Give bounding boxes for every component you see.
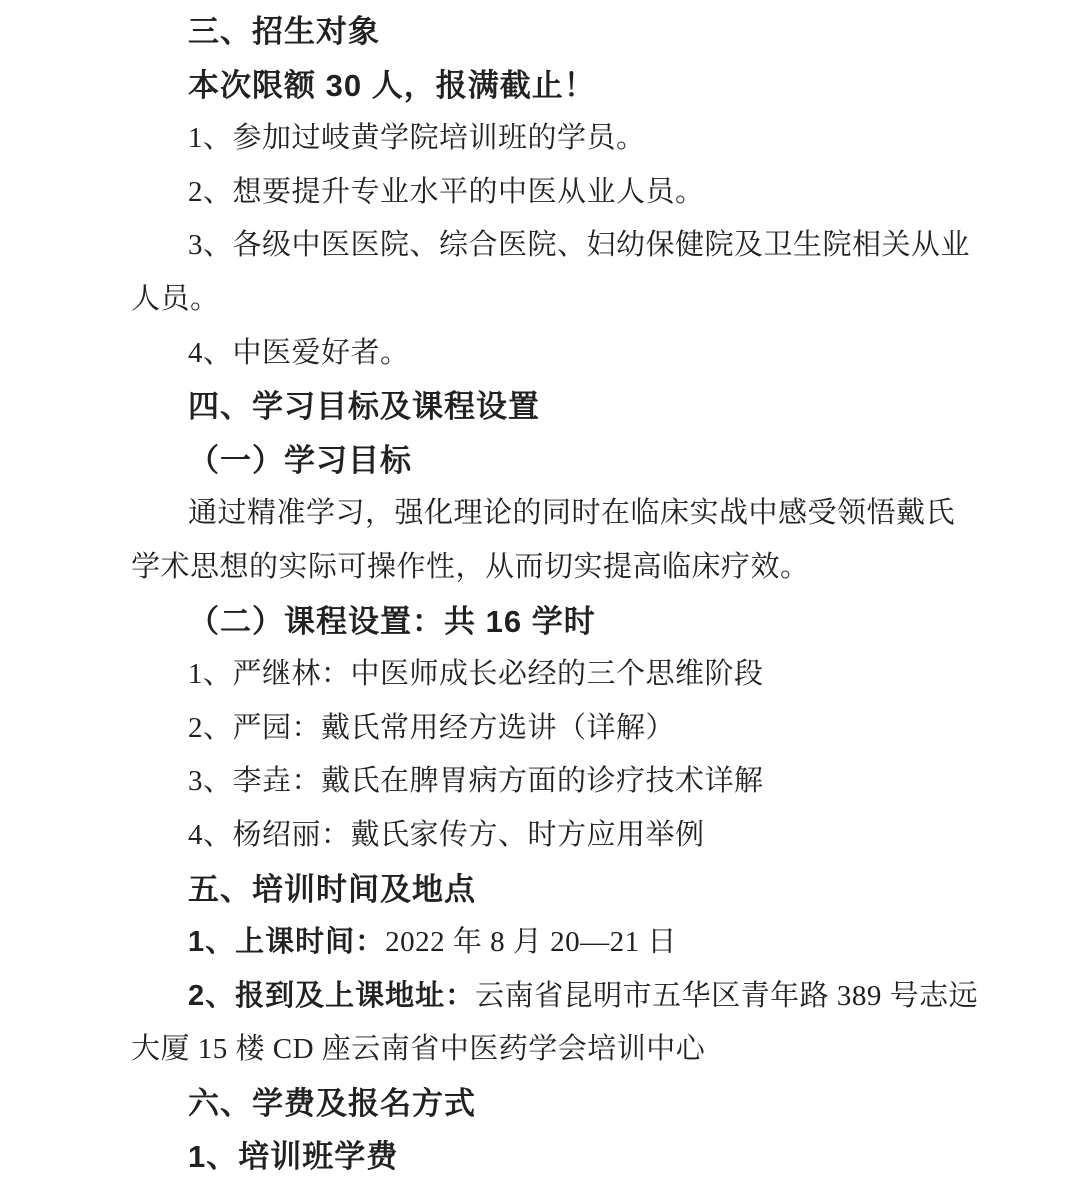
bold-text-segment: 六、学费及报名方式 — [188, 1086, 476, 1121]
bold-text-segment: 2、报到及上课地址： — [188, 980, 475, 1012]
address-line-1: 2、报到及上课地址：云南省昆明市五华区青年路 389 号志远 — [131, 970, 980, 1024]
heading-section-4-goals-courses: 四、学习目标及课程设置 — [131, 380, 980, 434]
text-segment: 3、李垚：戴氏在脾胃病方面的诊疗技术详解 — [188, 765, 764, 797]
text-segment: 大厦 15 楼 CD 座云南省中医药学会培训中心 — [131, 1033, 705, 1065]
bold-text-segment: 本次限额 30 人，报满截止！ — [188, 68, 596, 103]
text-segment: 3、各级中医医院、综合医院、妇幼保健院及卫生院相关从业 — [188, 229, 970, 261]
text-segment: 通过精准学习，强化理论的同时在临床实战中感受领悟戴氏 — [188, 497, 955, 529]
bold-text-segment: 1、培训班学费 — [188, 1139, 398, 1174]
bold-text-segment: （一）学习目标 — [188, 443, 412, 478]
bold-text-segment: （二）课程设置：共 16 学时 — [188, 604, 596, 639]
text-segment: 学术思想的实际可操作性，从而切实提高临床疗效。 — [131, 551, 810, 583]
heading-section-6-fee-registration: 六、学费及报名方式 — [131, 1077, 980, 1131]
address-line-2: 大厦 15 楼 CD 座云南省中医药学会培训中心 — [131, 1023, 980, 1077]
enroll-item-3-line-1: 3、各级中医医院、综合医院、妇幼保健院及卫生院相关从业 — [131, 219, 980, 273]
bold-text-segment: 1、上课时间： — [188, 926, 385, 958]
subheading-learning-goal: （一）学习目标 — [131, 434, 980, 488]
text-segment: 4、中医爱好者。 — [188, 337, 410, 369]
course-item-1: 1、严继林：中医师成长必经的三个思维阶段 — [131, 648, 980, 702]
document-page: 三、招生对象本次限额 30 人，报满截止！1、参加过岐黄学院培训班的学员。2、想… — [0, 0, 1080, 1184]
subheading-course-setup: （二）课程设置：共 16 学时 — [131, 595, 980, 649]
heading-section-5-time-place: 五、培训时间及地点 — [131, 863, 980, 917]
text-segment: 2、想要提升专业水平的中医从业人员。 — [188, 176, 705, 208]
document-body: 三、招生对象本次限额 30 人，报满截止！1、参加过岐黄学院培训班的学员。2、想… — [131, 5, 980, 1184]
course-item-2: 2、严园：戴氏常用经方选讲（详解） — [131, 702, 980, 756]
course-item-3: 3、李垚：戴氏在脾胃病方面的诊疗技术详解 — [131, 755, 980, 809]
enroll-item-2: 2、想要提升专业水平的中医从业人员。 — [131, 166, 980, 220]
text-segment: 4、杨绍丽：戴氏家传方、时方应用举例 — [188, 819, 705, 851]
quota-notice: 本次限额 30 人，报满截止！ — [131, 59, 980, 113]
enroll-item-1: 1、参加过岐黄学院培训班的学员。 — [131, 112, 980, 166]
text-segment: 人员。 — [131, 283, 220, 315]
text-segment: 1、严继林：中医师成长必经的三个思维阶段 — [188, 658, 764, 690]
enroll-item-3-line-2: 人员。 — [131, 273, 980, 327]
heading-section-3-enrollment-targets: 三、招生对象 — [131, 5, 980, 59]
text-segment: 云南省昆明市五华区青年路 389 号志远 — [475, 980, 978, 1012]
bold-text-segment: 三、招生对象 — [188, 14, 380, 49]
bold-text-segment: 四、学习目标及课程设置 — [188, 389, 540, 424]
subheading-tuition: 1、培训班学费 — [131, 1130, 980, 1184]
course-item-4: 4、杨绍丽：戴氏家传方、时方应用举例 — [131, 809, 980, 863]
class-time-line: 1、上课时间：2022 年 8 月 20—21 日 — [131, 916, 980, 970]
text-segment: 1、参加过岐黄学院培训班的学员。 — [188, 122, 646, 154]
text-segment: 2、严园：戴氏常用经方选讲（详解） — [188, 712, 675, 744]
enroll-item-4: 4、中医爱好者。 — [131, 327, 980, 381]
goal-paragraph-line-1: 通过精准学习，强化理论的同时在临床实战中感受领悟戴氏 — [131, 487, 980, 541]
goal-paragraph-line-2: 学术思想的实际可操作性，从而切实提高临床疗效。 — [131, 541, 980, 595]
bold-text-segment: 五、培训时间及地点 — [188, 872, 476, 907]
text-segment: 2022 年 8 月 20—21 日 — [385, 926, 677, 958]
